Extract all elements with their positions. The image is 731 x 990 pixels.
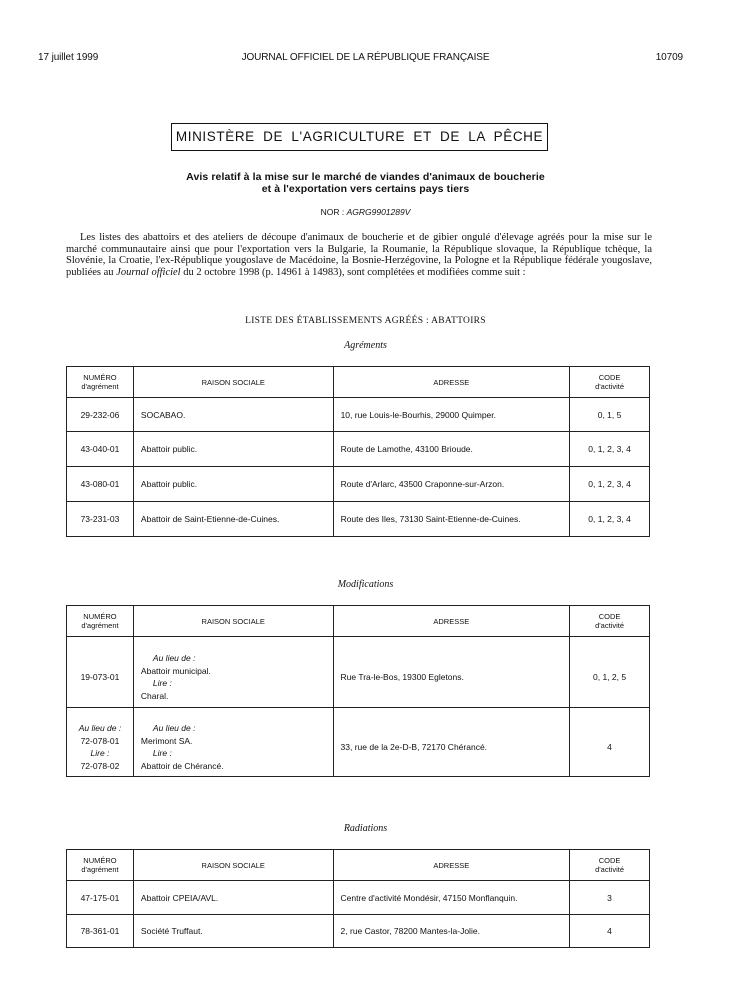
intro-journal-officiel: Journal officiel <box>116 267 180 278</box>
table-row: 29-232-06 SOCABAO. 10, rue Louis-le-Bour… <box>67 398 650 432</box>
numero-cell: Au lieu de : 72-078-01 Lire : 72-078-02 <box>67 708 134 777</box>
raison-new: Charal. <box>141 691 168 701</box>
col-raison-sociale: RAISON SOCIALE <box>133 606 333 637</box>
avis-title: Avis relatif à la mise sur le marché de … <box>0 171 731 195</box>
numero-cell: 43-040-01 <box>67 432 134 467</box>
table-row: 73-231-03 Abattoir de Saint-Etienne-de-C… <box>67 502 650 537</box>
col-numero: NUMÉROd'agrément <box>67 850 134 881</box>
table-header-row: NUMÉROd'agrément RAISON SOCIALE ADRESSE … <box>67 850 650 881</box>
col-numero: NUMÉROd'agrément <box>67 606 134 637</box>
nor-code: AGRG9901289V <box>347 207 411 217</box>
section-title-modifications: Modifications <box>0 579 731 590</box>
radiations-table: NUMÉROd'agrément RAISON SOCIALE ADRESSE … <box>66 849 650 948</box>
table-header-row: NUMÉROd'agrément RAISON SOCIALE ADRESSE … <box>67 606 650 637</box>
table-row: 78-361-01 Société Truffaut. 2, rue Casto… <box>67 915 650 948</box>
code-cell: 0, 1, 2, 3, 4 <box>570 467 650 502</box>
numero-cell: 47-175-01 <box>67 881 134 915</box>
adresse-cell: 10, rue Louis-le-Bourhis, 29000 Quimper. <box>333 398 570 432</box>
col-code: CODEd'activité <box>570 606 650 637</box>
running-header-journal: JOURNAL OFFICIEL DE LA RÉPUBLIQUE FRANÇA… <box>0 52 731 63</box>
table-row: 43-040-01 Abattoir public. Route de Lamo… <box>67 432 650 467</box>
avis-title-line1: Avis relatif à la mise sur le marché de … <box>0 171 731 183</box>
avis-title-line2: et à l'exportation vers certains pays ti… <box>0 183 731 195</box>
adresse-cell: Centre d'activité Mondésir, 47150 Monfla… <box>333 881 570 915</box>
code-cell: 4 <box>570 915 650 948</box>
col-code: CODEd'activité <box>570 367 650 398</box>
raison-cell: Abattoir public. <box>133 467 333 502</box>
raison-cell: Abattoir public. <box>133 432 333 467</box>
col-code: CODEd'activité <box>570 850 650 881</box>
running-header-page-number: 10709 <box>656 52 683 63</box>
col-adresse: ADRESSE <box>333 850 570 881</box>
numero-cell: 73-231-03 <box>67 502 134 537</box>
adresse-cell: 33, rue de la 2e-D-B, 72170 Chérancé. <box>333 708 570 777</box>
nor-label: NOR : <box>321 207 345 217</box>
lire-label: Lire : <box>141 747 172 760</box>
raison-cell: SOCABAO. <box>133 398 333 432</box>
code-cell: 3 <box>570 881 650 915</box>
table-row: 47-175-01 Abattoir CPEIA/AVL. Centre d'a… <box>67 881 650 915</box>
intro-part2: du 2 octobre 1998 (p. 14961 à 14983), so… <box>181 267 526 278</box>
raison-cell: Société Truffaut. <box>133 915 333 948</box>
raison-cell: Au lieu de : Abattoir municipal. Lire : … <box>133 637 333 708</box>
intro-paragraph: Les listes des abattoirs et des ateliers… <box>66 232 652 278</box>
raison-old: Merimont SA. <box>141 736 193 746</box>
adresse-cell: Route des Iles, 73130 Saint-Etienne-de-C… <box>333 502 570 537</box>
code-cell: 0, 1, 2, 5 <box>570 637 650 708</box>
raison-cell: Abattoir de Saint-Etienne-de-Cuines. <box>133 502 333 537</box>
numero-cell: 43-080-01 <box>67 467 134 502</box>
nor-reference: NOR : AGRG9901289V <box>0 207 731 217</box>
ministry-heading: MINISTÈRE DE L'AGRICULTURE ET DE LA PÊCH… <box>171 123 548 151</box>
numero-old: 72-078-01 <box>81 736 120 746</box>
code-cell: 0, 1, 2, 3, 4 <box>570 432 650 467</box>
raison-old: Abattoir municipal. <box>141 666 211 676</box>
list-title: LISTE DES ÉTABLISSEMENTS AGRÉÉS : ABATTO… <box>0 316 731 326</box>
adresse-cell: Route de Lamothe, 43100 Brioude. <box>333 432 570 467</box>
modifications-table: NUMÉROd'agrément RAISON SOCIALE ADRESSE … <box>66 605 650 777</box>
col-raison-sociale: RAISON SOCIALE <box>133 367 333 398</box>
au-lieu-de-label: Au lieu de : <box>141 652 196 665</box>
au-lieu-de-label: Au lieu de : <box>141 722 196 735</box>
numero-cell: 29-232-06 <box>67 398 134 432</box>
raison-cell: Au lieu de : Merimont SA. Lire : Abattoi… <box>133 708 333 777</box>
code-cell: 4 <box>570 708 650 777</box>
raison-cell: Abattoir CPEIA/AVL. <box>133 881 333 915</box>
au-lieu-de-label: Au lieu de : <box>79 723 122 733</box>
table-row: 43-080-01 Abattoir public. Route d'Arlar… <box>67 467 650 502</box>
section-title-agrements: Agréments <box>0 340 731 351</box>
adresse-cell: Rue Tra-le-Bos, 19300 Egletons. <box>333 637 570 708</box>
numero-cell: 78-361-01 <box>67 915 134 948</box>
col-adresse: ADRESSE <box>333 367 570 398</box>
adresse-cell: Route d'Arlarc, 43500 Craponne-sur-Arzon… <box>333 467 570 502</box>
code-cell: 0, 1, 5 <box>570 398 650 432</box>
agrements-table: NUMÉROd'agrément RAISON SOCIALE ADRESSE … <box>66 366 650 537</box>
raison-new: Abattoir de Chérancé. <box>141 761 224 771</box>
section-title-radiations: Radiations <box>0 823 731 834</box>
numero-cell: 19-073-01 <box>67 637 134 708</box>
adresse-cell: 2, rue Castor, 78200 Mantes-la-Jolie. <box>333 915 570 948</box>
table-row: Au lieu de : 72-078-01 Lire : 72-078-02 … <box>67 708 650 777</box>
lire-label: Lire : <box>91 748 110 758</box>
table-row: 19-073-01 Au lieu de : Abattoir municipa… <box>67 637 650 708</box>
table-header-row: NUMÉROd'agrément RAISON SOCIALE ADRESSE … <box>67 367 650 398</box>
lire-label: Lire : <box>141 677 172 690</box>
code-cell: 0, 1, 2, 3, 4 <box>570 502 650 537</box>
col-raison-sociale: RAISON SOCIALE <box>133 850 333 881</box>
numero-new: 72-078-02 <box>81 761 120 771</box>
col-numero: NUMÉROd'agrément <box>67 367 134 398</box>
col-adresse: ADRESSE <box>333 606 570 637</box>
